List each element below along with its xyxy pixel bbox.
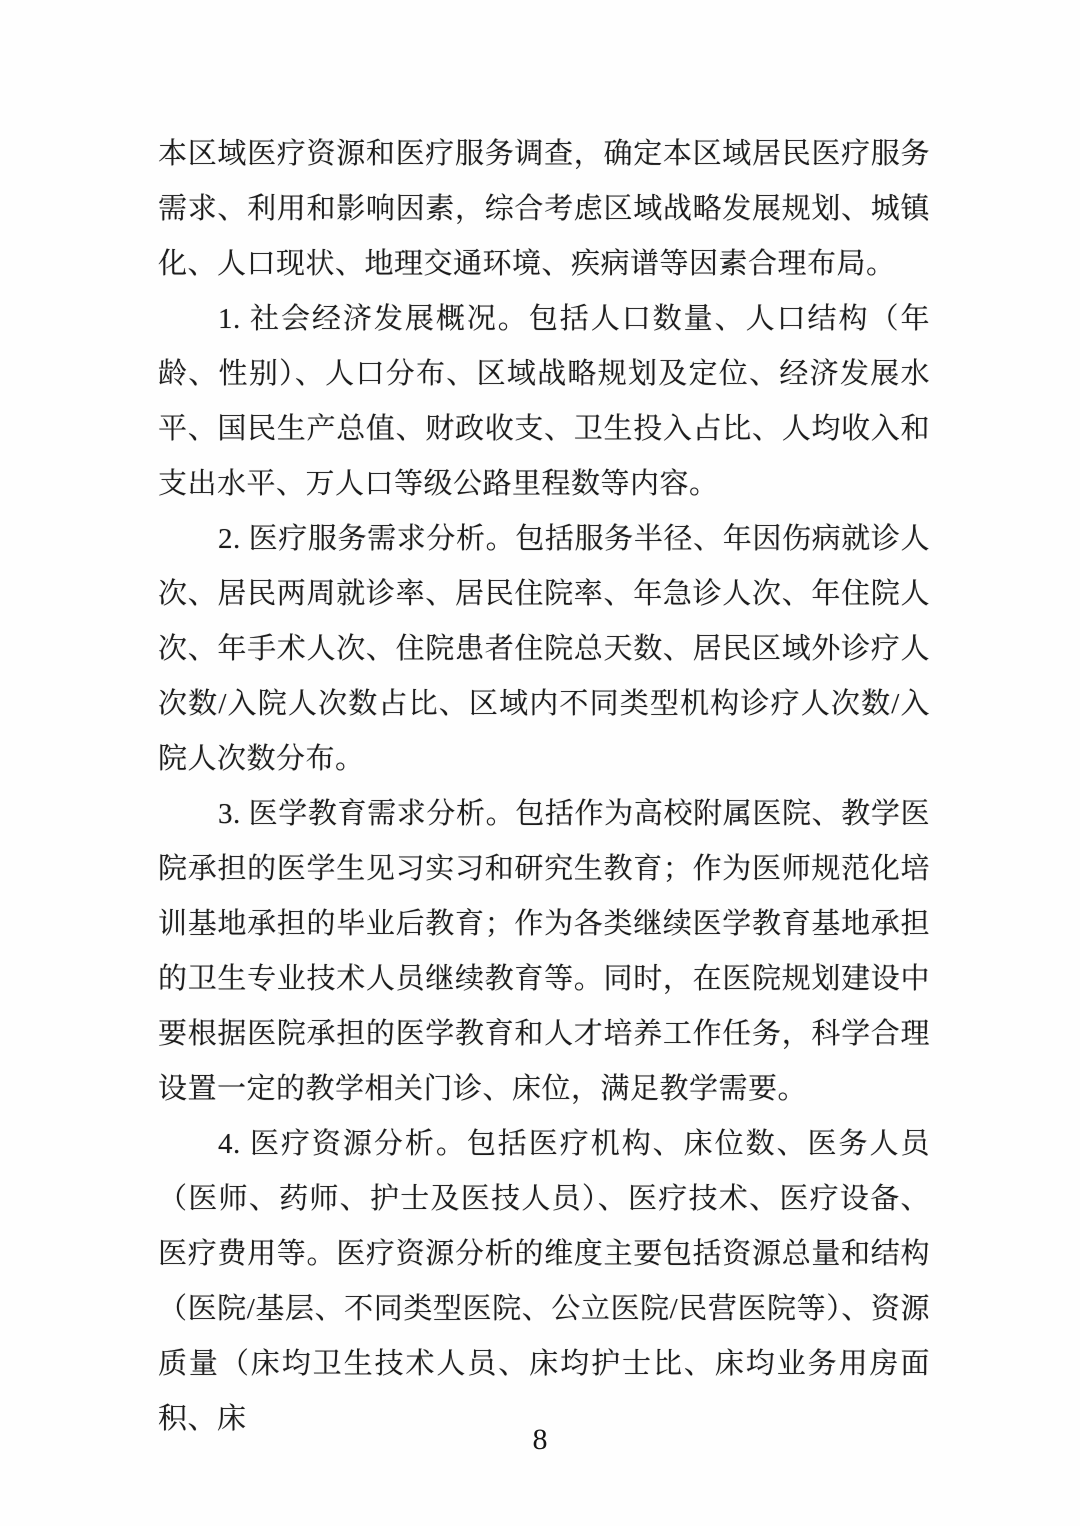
paragraph-continuation: 本区域医疗资源和医疗服务调查，确定本区域居民医疗服务需求、利用和影响因素，综合考…: [158, 127, 930, 292]
paragraph-item-4: 4. 医疗资源分析。包括医疗机构、床位数、医务人员（医师、药师、护士及医技人员）…: [158, 1117, 930, 1447]
paragraph-item-2: 2. 医疗服务需求分析。包括服务半径、年因伤病就诊人次、居民两周就诊率、居民住院…: [158, 512, 930, 787]
paragraph-item-1: 1. 社会经济发展概况。包括人口数量、人口结构（年龄、性别）、人口分布、区域战略…: [158, 292, 930, 512]
document-page: 本区域医疗资源和医疗服务调查，确定本区域居民医疗服务需求、利用和影响因素，综合考…: [0, 0, 1080, 1526]
page-number: 8: [0, 1420, 1080, 1460]
document-body: 本区域医疗资源和医疗服务调查，确定本区域居民医疗服务需求、利用和影响因素，综合考…: [158, 127, 930, 1447]
paragraph-item-3: 3. 医学教育需求分析。包括作为高校附属医院、教学医院承担的医学生见习实习和研究…: [158, 787, 930, 1117]
